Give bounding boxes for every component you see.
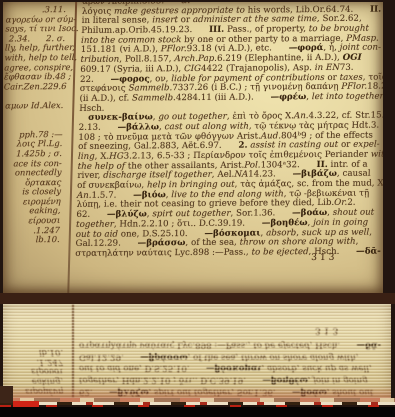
text-segment: together (79, 375, 116, 385)
mirrored-page-number: 313 (315, 325, 341, 335)
text-segment: out to aid (79, 363, 121, 373)
text-segment: PFlor. (341, 82, 367, 92)
text-segment: absorb (267, 363, 297, 373)
text-segment: Sammelb. (132, 93, 176, 103)
text-segment: —βράσσω (140, 352, 187, 362)
text-line: στρατηλάτην ναύταις Lyc.898 :—Pass., to … (79, 338, 385, 350)
text-segment: είρουσι (31, 367, 63, 377)
text-segment: 73. (340, 63, 354, 73)
text-line: eaking, (3, 376, 68, 386)
text-line: αμων Id.Alex. (3, 101, 68, 111)
text-line: Cair.Zen.229.6 (4, 82, 69, 92)
text-segment: (ii A.D.), cf. (79, 93, 132, 103)
text-line (3, 111, 68, 121)
text-segment: , (356, 237, 359, 247)
color-fringe-artifact (3, 386, 391, 398)
text-segment: suck up as well (302, 363, 369, 373)
text-segment: to be ejected (251, 247, 308, 257)
text-segment: —βοηθέω (262, 375, 307, 385)
text-segment: expel- (353, 140, 380, 150)
text-segment: στρατηλάτην ναύταις Lyc.898 :—Pass., (75, 247, 252, 258)
photo-frame: .3.11.αγορεύω or σύμ-says, τί τινι Isoc.… (0, 0, 395, 417)
text-segment: , (356, 352, 359, 362)
text-segment: 2. (347, 198, 356, 208)
text-line: είρουσι (3, 367, 68, 377)
page-number: 313 (311, 253, 337, 263)
text-segment: with (371, 149, 383, 159)
text-segment: to be ejected (253, 340, 309, 350)
text-segment: An. (294, 111, 309, 121)
vertical-flip-wrapper: ειρομένηeaking,είρουσι.1.247lb.10. 62. —… (3, 304, 391, 398)
text-segment: join in going (313, 375, 367, 385)
text-line: together, Hdn.2.2.10 ; ὅτι.. D.C.39.19. … (79, 373, 385, 385)
text-segment: , X. (95, 152, 110, 162)
bottom-black-bar (0, 407, 395, 417)
text-segment: αμων Id.Alex. (5, 100, 63, 110)
scanned-page-bottom-mirrored: ειρομένηeaking,είρουσι.1.247lb.10. 62. —… (3, 304, 391, 398)
text-line: lb.10. (3, 347, 68, 357)
text-segment: —δᾱ- (357, 340, 382, 350)
text-segment: , Hdn.2.2.10 ; ὅτι.. D.C.39.19. (116, 375, 262, 385)
text-line: .1.247 (3, 357, 68, 367)
text-segment: στρατηλάτην ναύταις Lyc.898 :—Pass., (79, 340, 253, 350)
text-segment: ling (78, 152, 95, 162)
text-segment: , Hsch. (310, 340, 357, 350)
text-segment: let into together (312, 91, 383, 102)
text-segment: , (369, 227, 372, 237)
text-segment: Cair.Zen.229.6 (4, 81, 67, 91)
text-segment: 62. (76, 210, 107, 220)
bottom-left-frame-notch (0, 386, 13, 403)
text-segment: lb.10. (39, 348, 63, 358)
text-segment: lb.10. (36, 234, 60, 244)
text-segment: 18.25 (367, 82, 383, 92)
text-segment: OGI (342, 53, 361, 63)
page-skew-wrapper: .3.11.αγορεύω or σύμ-says, τί τινι Isoc.… (3, 2, 383, 293)
text-segment: Gal.12.29. (79, 352, 140, 362)
text-segment: HG (109, 152, 124, 162)
text-line: out to aid one, D.S.25.10. —βόσκομαι, ab… (79, 362, 385, 374)
text-line: Gal.12.29. —βράσσω, of the sea, throw on… (79, 350, 385, 362)
text-segment: 4284.11 (iii A.D.). (176, 92, 271, 103)
right-column-text: ἀρῶν Alciphr.3.55. αἱ ·· ··· ·· ·λόγοις … (75, 2, 383, 259)
text-segment: CIG (184, 64, 201, 74)
text-segment: —δᾱ- (356, 246, 381, 256)
text-segment: .1.247 (36, 358, 63, 368)
text-segment: III. (209, 25, 225, 35)
text-segment: , Ael. (212, 170, 235, 180)
left-column-fragments: .3.11.αγορεύω or σύμ-says, τί τινι Isoc.… (3, 5, 71, 245)
section-gap-band (0, 293, 395, 304)
text-segment: or (178, 15, 193, 25)
mirrored-column-divider-rule (72, 304, 74, 398)
text-segment: in EN (315, 63, 340, 73)
text-segment: , of the sea, (188, 352, 241, 362)
text-segment: NA (234, 170, 248, 180)
text-line: lb.10. (3, 235, 65, 245)
text-segment: —φρέω (270, 92, 306, 102)
text-segment: one, D.S.25.10. (121, 363, 206, 373)
scanned-page-top: .3.11.αγορεύω or σύμ-says, τί τινι Isoc.… (3, 2, 383, 293)
text-segment: —βόσκομαι (206, 363, 262, 373)
text-segment: throw on shore along with (241, 352, 356, 362)
text-segment: , (369, 363, 372, 373)
text-segment: or (338, 140, 353, 150)
text-segment: II. (370, 4, 381, 14)
